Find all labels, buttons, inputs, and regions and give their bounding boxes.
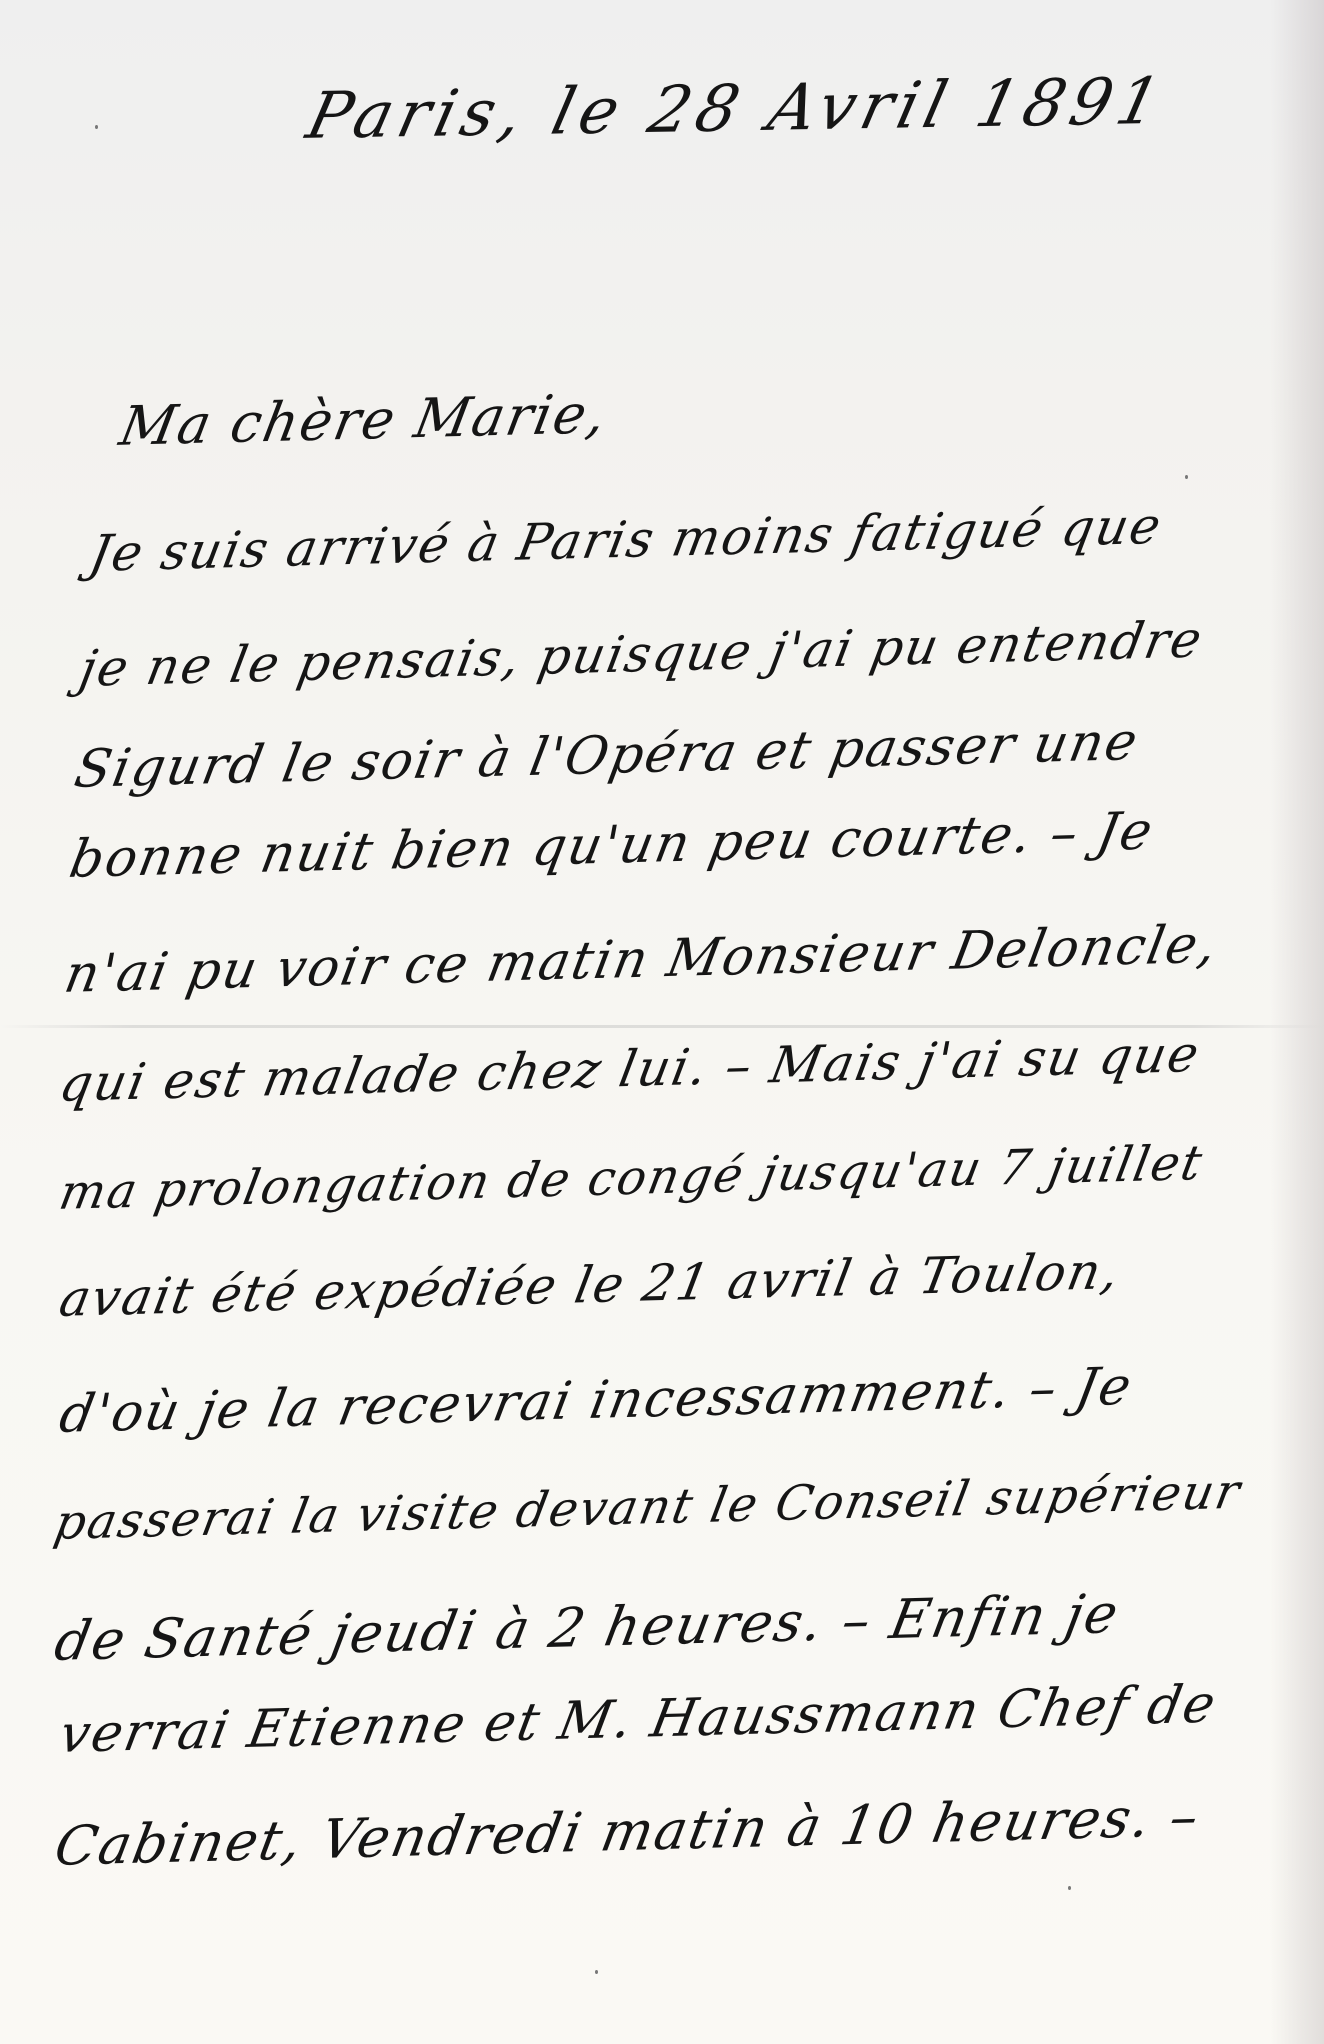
paper-speck bbox=[95, 125, 98, 129]
letter-line-3: Sigurd le soir à l'Opéra et passer une bbox=[70, 712, 1144, 800]
letter-page: Paris, le 28 Avril 1891 Ma chère Marie, … bbox=[0, 0, 1324, 2044]
letter-line-4: bonne nuit bien qu'un peu courte. – Je bbox=[65, 801, 1159, 890]
letter-line-10: passerai la visite devant le Conseil sup… bbox=[50, 1464, 1246, 1551]
letter-date: Paris, le 28 Avril 1891 bbox=[300, 65, 1173, 154]
paper-speck bbox=[1068, 1886, 1071, 1890]
letter-line-7: ma prolongation de congé jusqu'au 7 juil… bbox=[55, 1135, 1208, 1221]
letter-line-8: avait été expédiée le 21 avril à Toulon, bbox=[55, 1242, 1125, 1328]
letter-line-13: Cabinet, Vendredi matin à 10 heures. – bbox=[50, 1785, 1205, 1878]
paper-speck bbox=[1185, 475, 1188, 479]
paper-speck bbox=[595, 1970, 598, 1974]
letter-line-6: qui est malade chez lui. – Mais j'ai su … bbox=[55, 1025, 1205, 1113]
letter-line-9: d'où je la recevrai incessamment. – Je bbox=[55, 1357, 1138, 1445]
letter-line-2: je ne le pensais, puisque j'ai pu entend… bbox=[75, 610, 1208, 698]
letter-salutation: Ma chère Marie, bbox=[115, 382, 613, 458]
letter-line-1: Je suis arrivé à Paris moins fatigué que bbox=[85, 497, 1167, 583]
letter-line-12: verrai Etienne et M. Haussmann Chef de bbox=[55, 1674, 1222, 1765]
letter-line-5: n'ai pu voir ce matin Monsieur Deloncle, bbox=[60, 915, 1223, 1005]
letter-line-11: de Santé jeudi à 2 heures. – Enfin je bbox=[50, 1582, 1125, 1673]
